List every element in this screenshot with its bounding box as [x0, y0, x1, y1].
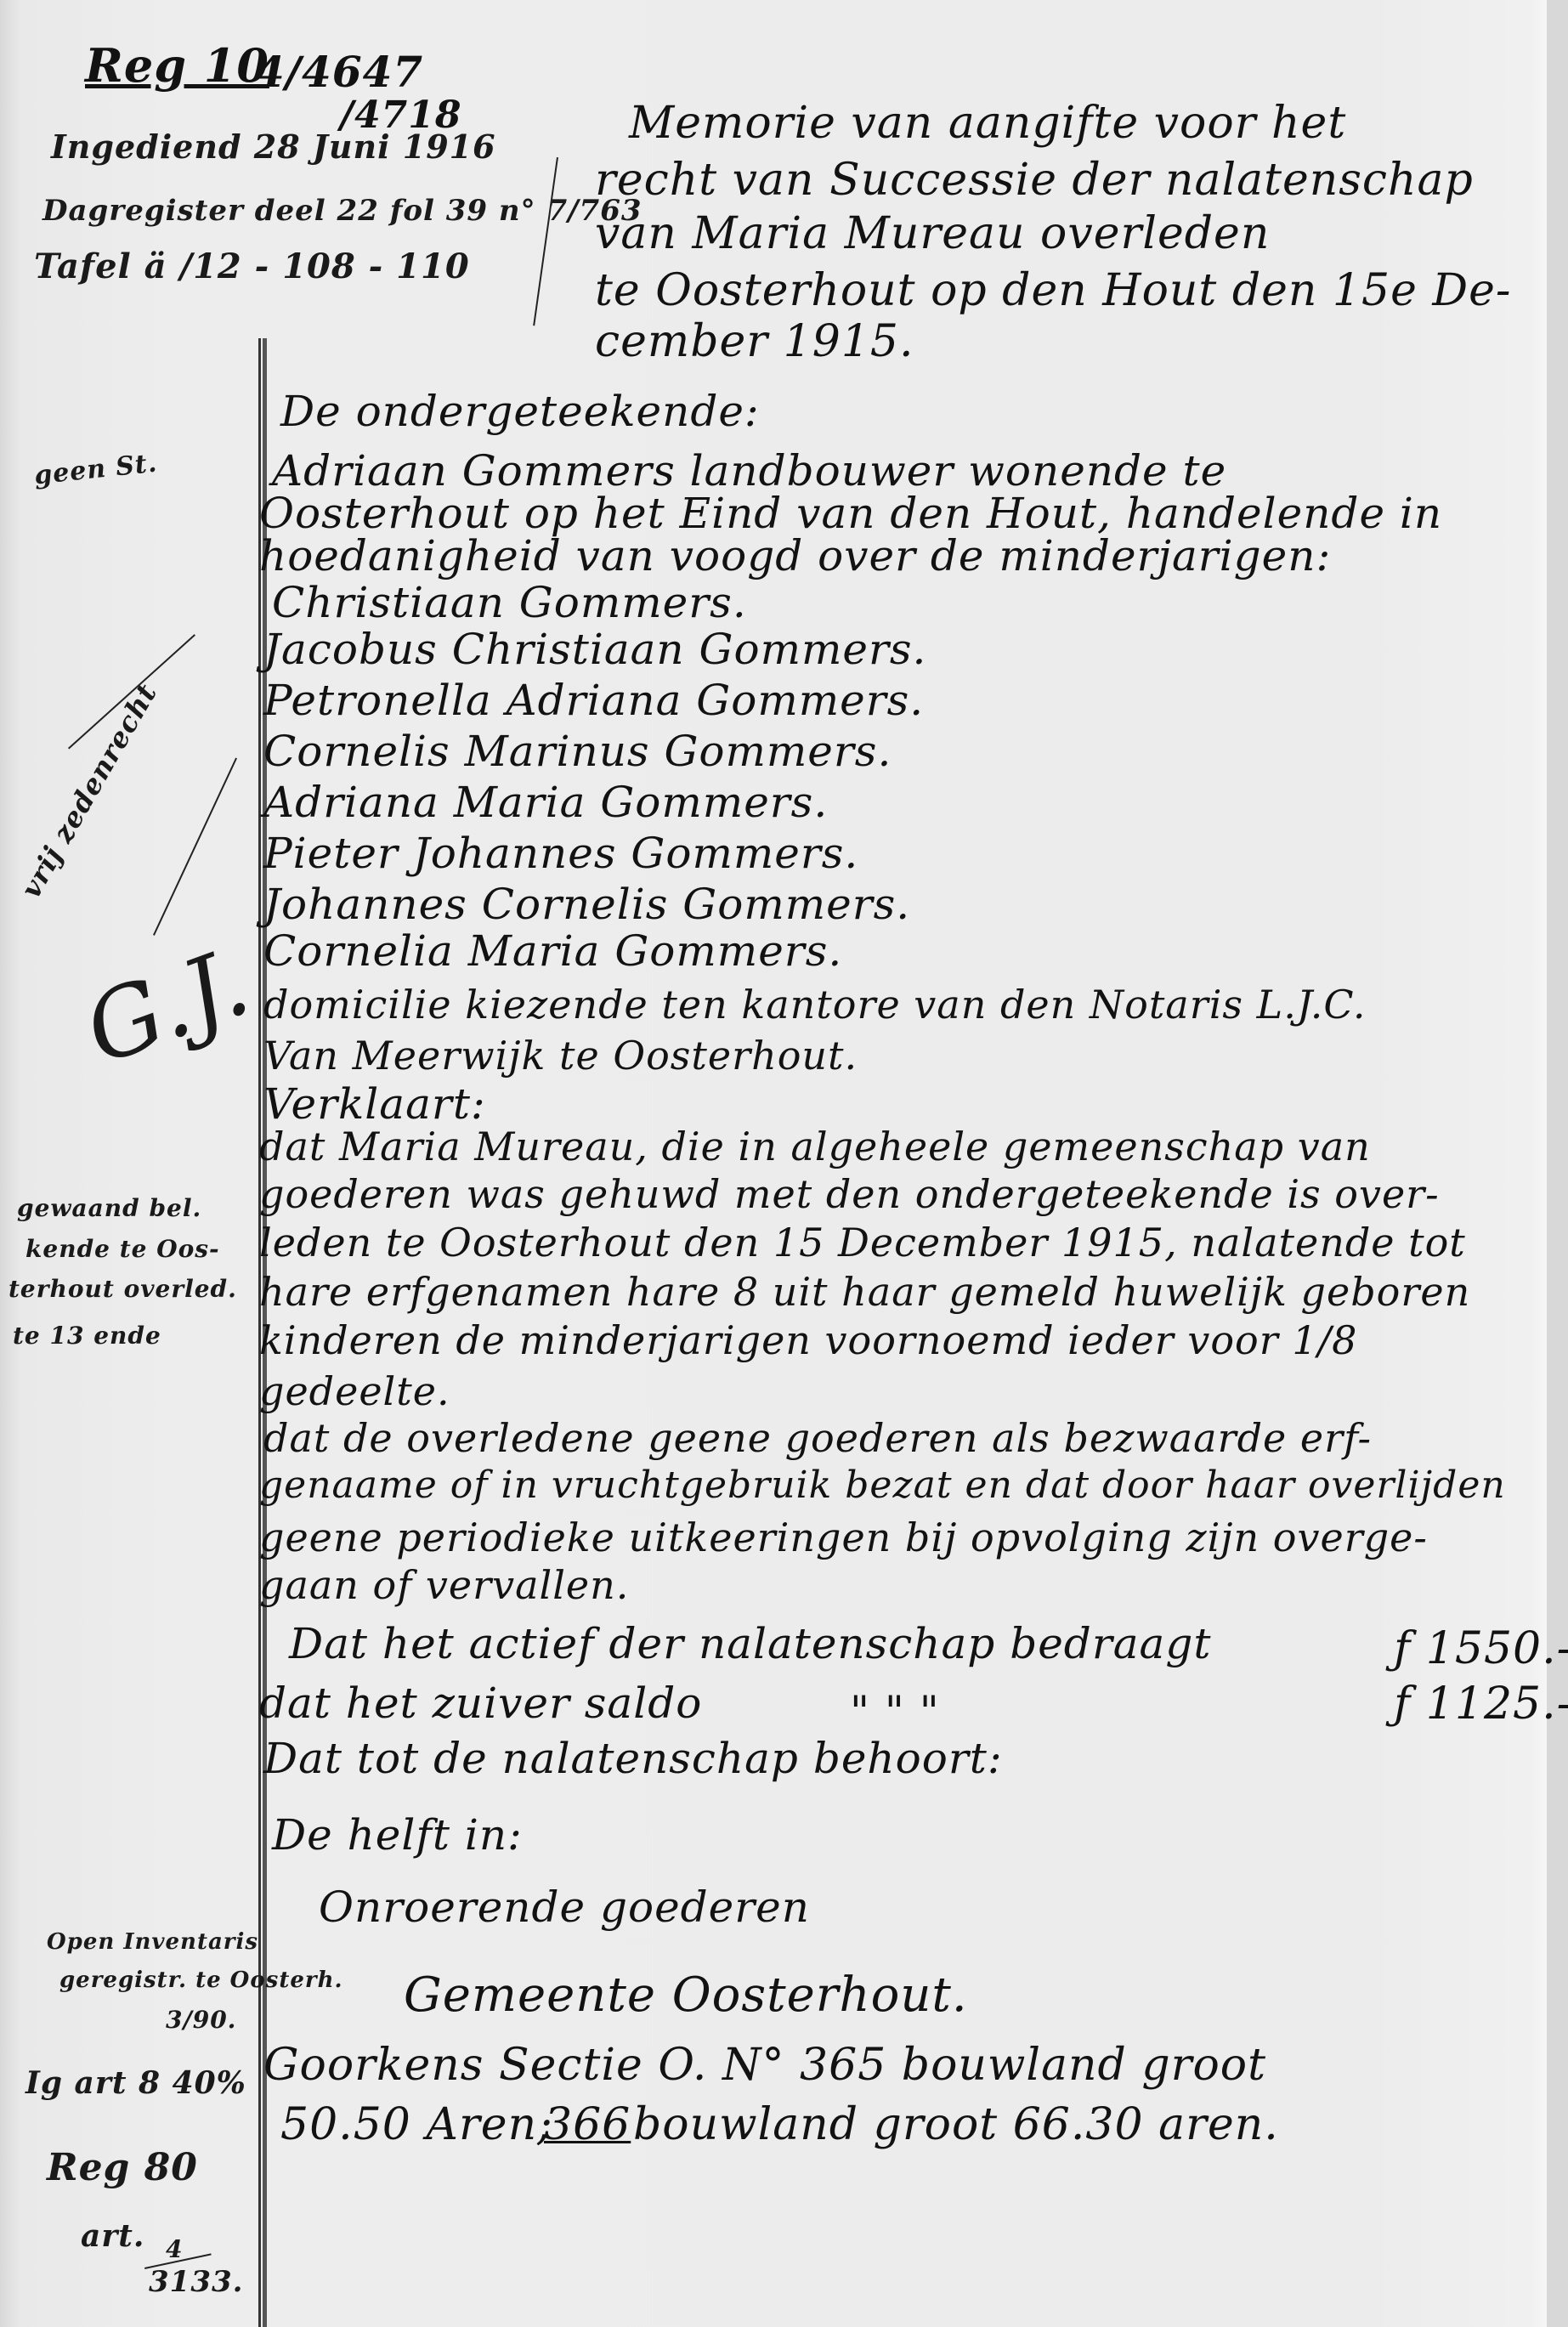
child-name: Petronella Adriana Gommers. — [263, 676, 924, 725]
reg-number: 4/4647 — [255, 47, 423, 97]
body-line: kinderen de minderjarigen voornoemd iede… — [259, 1317, 1357, 1363]
behoort-line: Dat tot de nalatenschap behoort: — [263, 1734, 1003, 1783]
margin-note-gewaand-2: kende te Oos- — [25, 1235, 220, 1263]
child-name: Cornelia Maria Gommers. — [263, 926, 842, 976]
saldo-label: dat het zuiver saldo — [259, 1679, 702, 1728]
verklaart-heading: Verklaart: — [263, 1079, 486, 1129]
title-line-4: te Oosterhout op den Hout den 15e De- — [595, 265, 1511, 316]
tafel-note: Tafel ä /12 - 108 - 110 — [34, 246, 470, 286]
actief-amount: ƒ 1550.- — [1394, 1623, 1568, 1674]
margin-note-open-1: Open Inventaris — [47, 1929, 258, 1955]
body-line: dat Maria Mureau, die in algeheele gemee… — [259, 1124, 1371, 1169]
child-name: Christiaan Gommers. — [272, 578, 747, 627]
child-name: Johannes Cornelis Gommers. — [263, 880, 910, 929]
child-name: Pieter Johannes Gommers. — [263, 829, 858, 878]
parcel-line-2a: 50.50 Aren; — [280, 2099, 553, 2150]
margin-note-gewaand-1: gewaand bel. — [17, 1194, 201, 1222]
body-line: gaan of vervallen. — [259, 1562, 629, 1608]
margin-note-gewaand-4: te 13 ende — [13, 1322, 161, 1350]
body-line: Van Meerwijk te Oosterhout. — [263, 1033, 858, 1079]
reg-label: Reg 10 — [85, 38, 269, 93]
body-line: hare erfgenamen hare 8 uit haar gemeld h… — [259, 1269, 1470, 1315]
gemeente-heading: Gemeente Oosterhout. — [404, 1967, 968, 2023]
title-line-3: van Maria Mureau overleden — [595, 208, 1270, 259]
margin-note-reg80: Reg 80 — [47, 2146, 198, 2189]
margin-note-gewaand-3: terhout overled. — [8, 1275, 237, 1303]
child-name: Cornelis Marinus Gommers. — [263, 727, 892, 776]
parcel-line-2c: bouwland groot 66.30 aren. — [633, 2099, 1279, 2150]
ingediend-note: Ingediend 28 Juni 1916 — [51, 127, 496, 166]
helft-line: De helft in: — [272, 1810, 523, 1860]
page-edge — [1547, 0, 1568, 2327]
parcel-number-366: 366 — [544, 2099, 631, 2150]
body-line: De ondergeteekende: — [280, 387, 760, 436]
body-line: dat de overledene geene goederen als bez… — [263, 1415, 1372, 1461]
child-name: Jacobus Christiaan Gommers. — [263, 625, 926, 674]
title-line-2: recht van Successie der nalatenschap — [595, 155, 1474, 206]
body-line: goederen was gehuwd met den ondergeteeke… — [259, 1171, 1440, 1217]
onroerende-heading: Onroerende goederen — [319, 1883, 810, 1932]
body-line: leden te Oosterhout den 15 December 1915… — [259, 1220, 1466, 1265]
body-line: genaame of in vruchtgebruik bezat en dat… — [259, 1464, 1506, 1507]
body-line: hoedanigheid van voogd over de minderjar… — [259, 531, 1331, 580]
parcel-line-1: Goorkens Sectie O. N° 365 bouwland groot — [263, 2040, 1266, 2091]
margin-note-open-2: geregistr. te Oosterh. — [59, 1967, 343, 1993]
saldo-amount: ƒ 1125.- — [1394, 1679, 1568, 1730]
title-line-1: Memorie van aangifte voor het — [629, 98, 1346, 149]
margin-note-open-3: 3/90. — [166, 2006, 236, 2034]
title-line-5: cember 1915. — [595, 316, 914, 367]
saldo-ditto: " " " — [850, 1687, 940, 1736]
body-line: geene periodieke uitkeeringen bij opvolg… — [259, 1515, 1428, 1560]
margin-note-art-den: 3133. — [149, 2265, 243, 2299]
margin-note-art-label: art. — [81, 2218, 144, 2254]
margin-note-art: Ig art 8 40% — [25, 2065, 246, 2101]
actief-label: Dat het actief der nalatenschap bedraagt — [289, 1619, 1211, 1668]
body-line: gedeelte. — [259, 1368, 450, 1414]
body-line: domicilie kiezende ten kantore van den N… — [263, 982, 1367, 1028]
child-name: Adriana Maria Gommers. — [263, 778, 828, 827]
